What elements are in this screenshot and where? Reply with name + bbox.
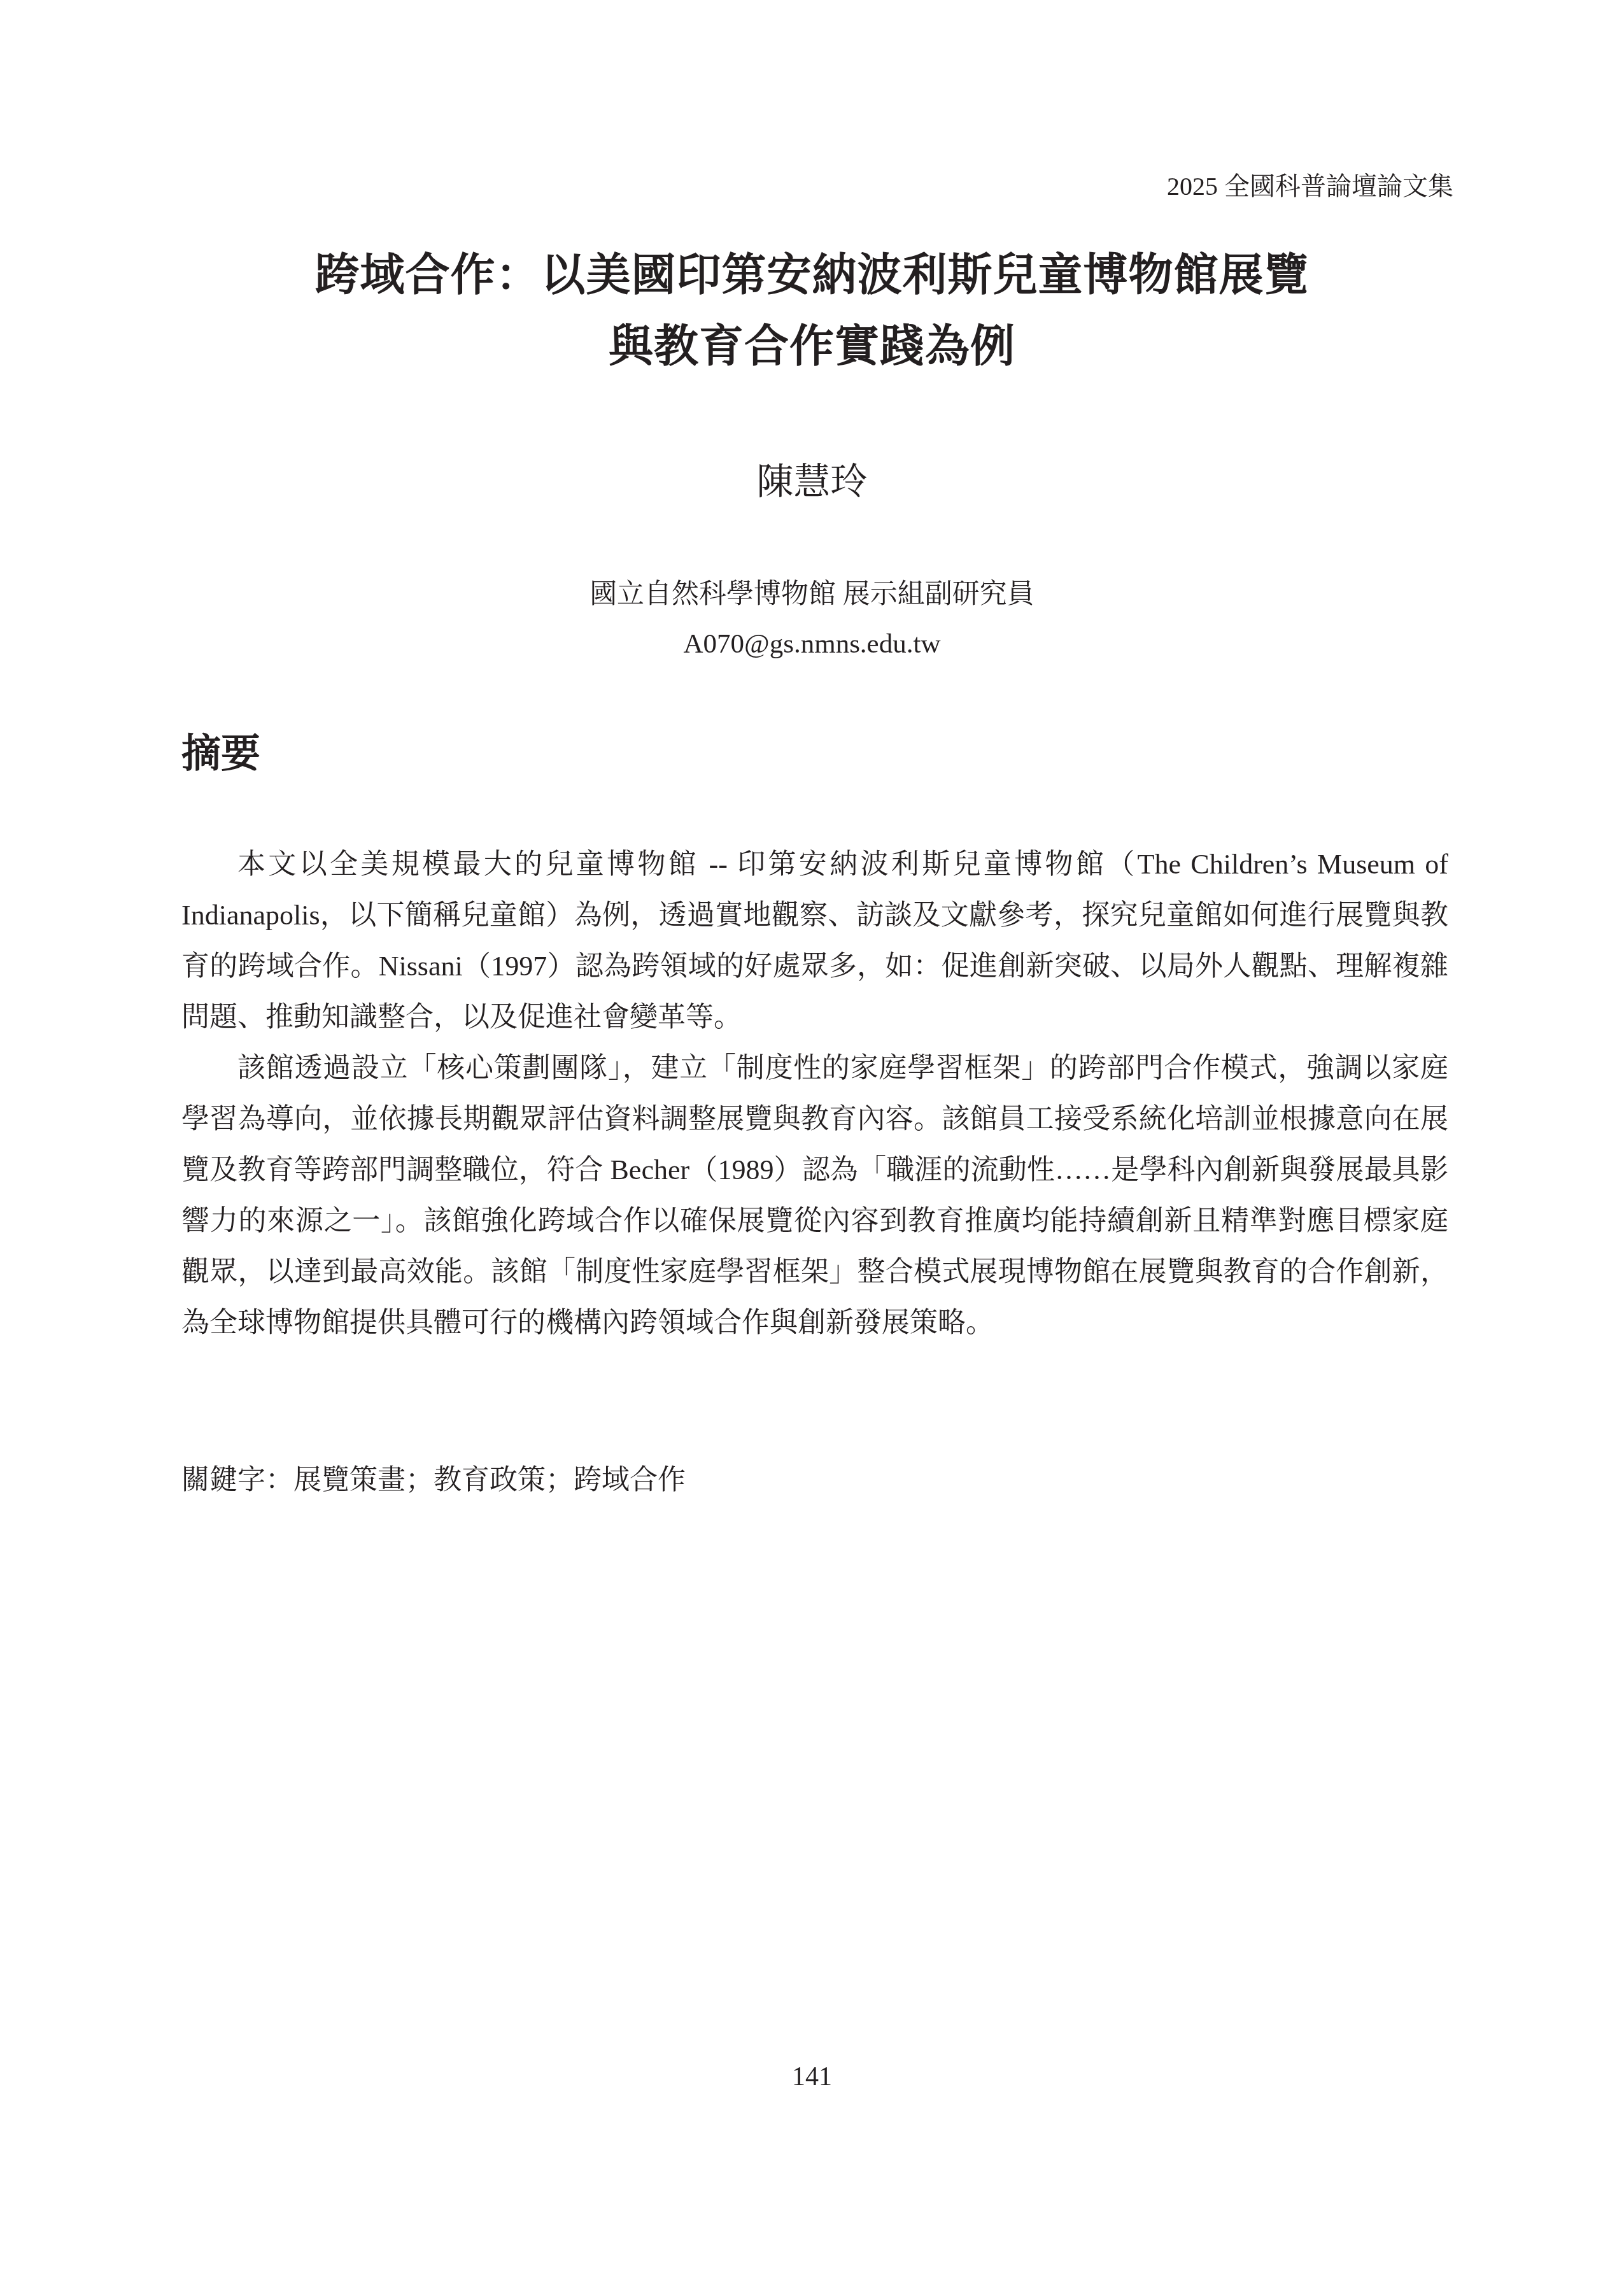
- author-affiliation-block: 國立自然科學博物館 展示組副研究員 A070@gs.nmns.edu.tw: [0, 570, 1624, 669]
- abstract-body: 本文以全美規模最大的兒童博物館 -- 印第安納波利斯兒童博物館（The Chil…: [181, 839, 1448, 1348]
- abstract-paragraph: 該館透過設立「核心策劃團隊」，建立「制度性的家庭學習框架」的跨部門合作模式，強調…: [181, 1043, 1448, 1348]
- paper-title-line-1: 跨域合作：以美國印第安納波利斯兒童博物館展覽: [0, 241, 1624, 312]
- paper-title: 跨域合作：以美國印第安納波利斯兒童博物館展覽 與教育合作實踐為例: [0, 241, 1624, 383]
- keywords: 關鍵字：展覽策畫；教育政策；跨域合作: [181, 1458, 686, 1503]
- paper-title-line-2: 與教育合作實踐為例: [0, 312, 1624, 383]
- running-header: 2025 全國科普論壇論文集: [1167, 171, 1453, 202]
- page-number: 141: [0, 2058, 1624, 2096]
- abstract-paragraph: 本文以全美規模最大的兒童博物館 -- 印第安納波利斯兒童博物館（The Chil…: [181, 839, 1448, 1043]
- author-name: 陳慧玲: [0, 460, 1624, 504]
- author-affiliation: 國立自然科學博物館 展示組副研究員: [0, 570, 1624, 619]
- abstract-heading: 摘要: [181, 729, 260, 780]
- author-email: A070@gs.nmns.edu.tw: [0, 619, 1624, 669]
